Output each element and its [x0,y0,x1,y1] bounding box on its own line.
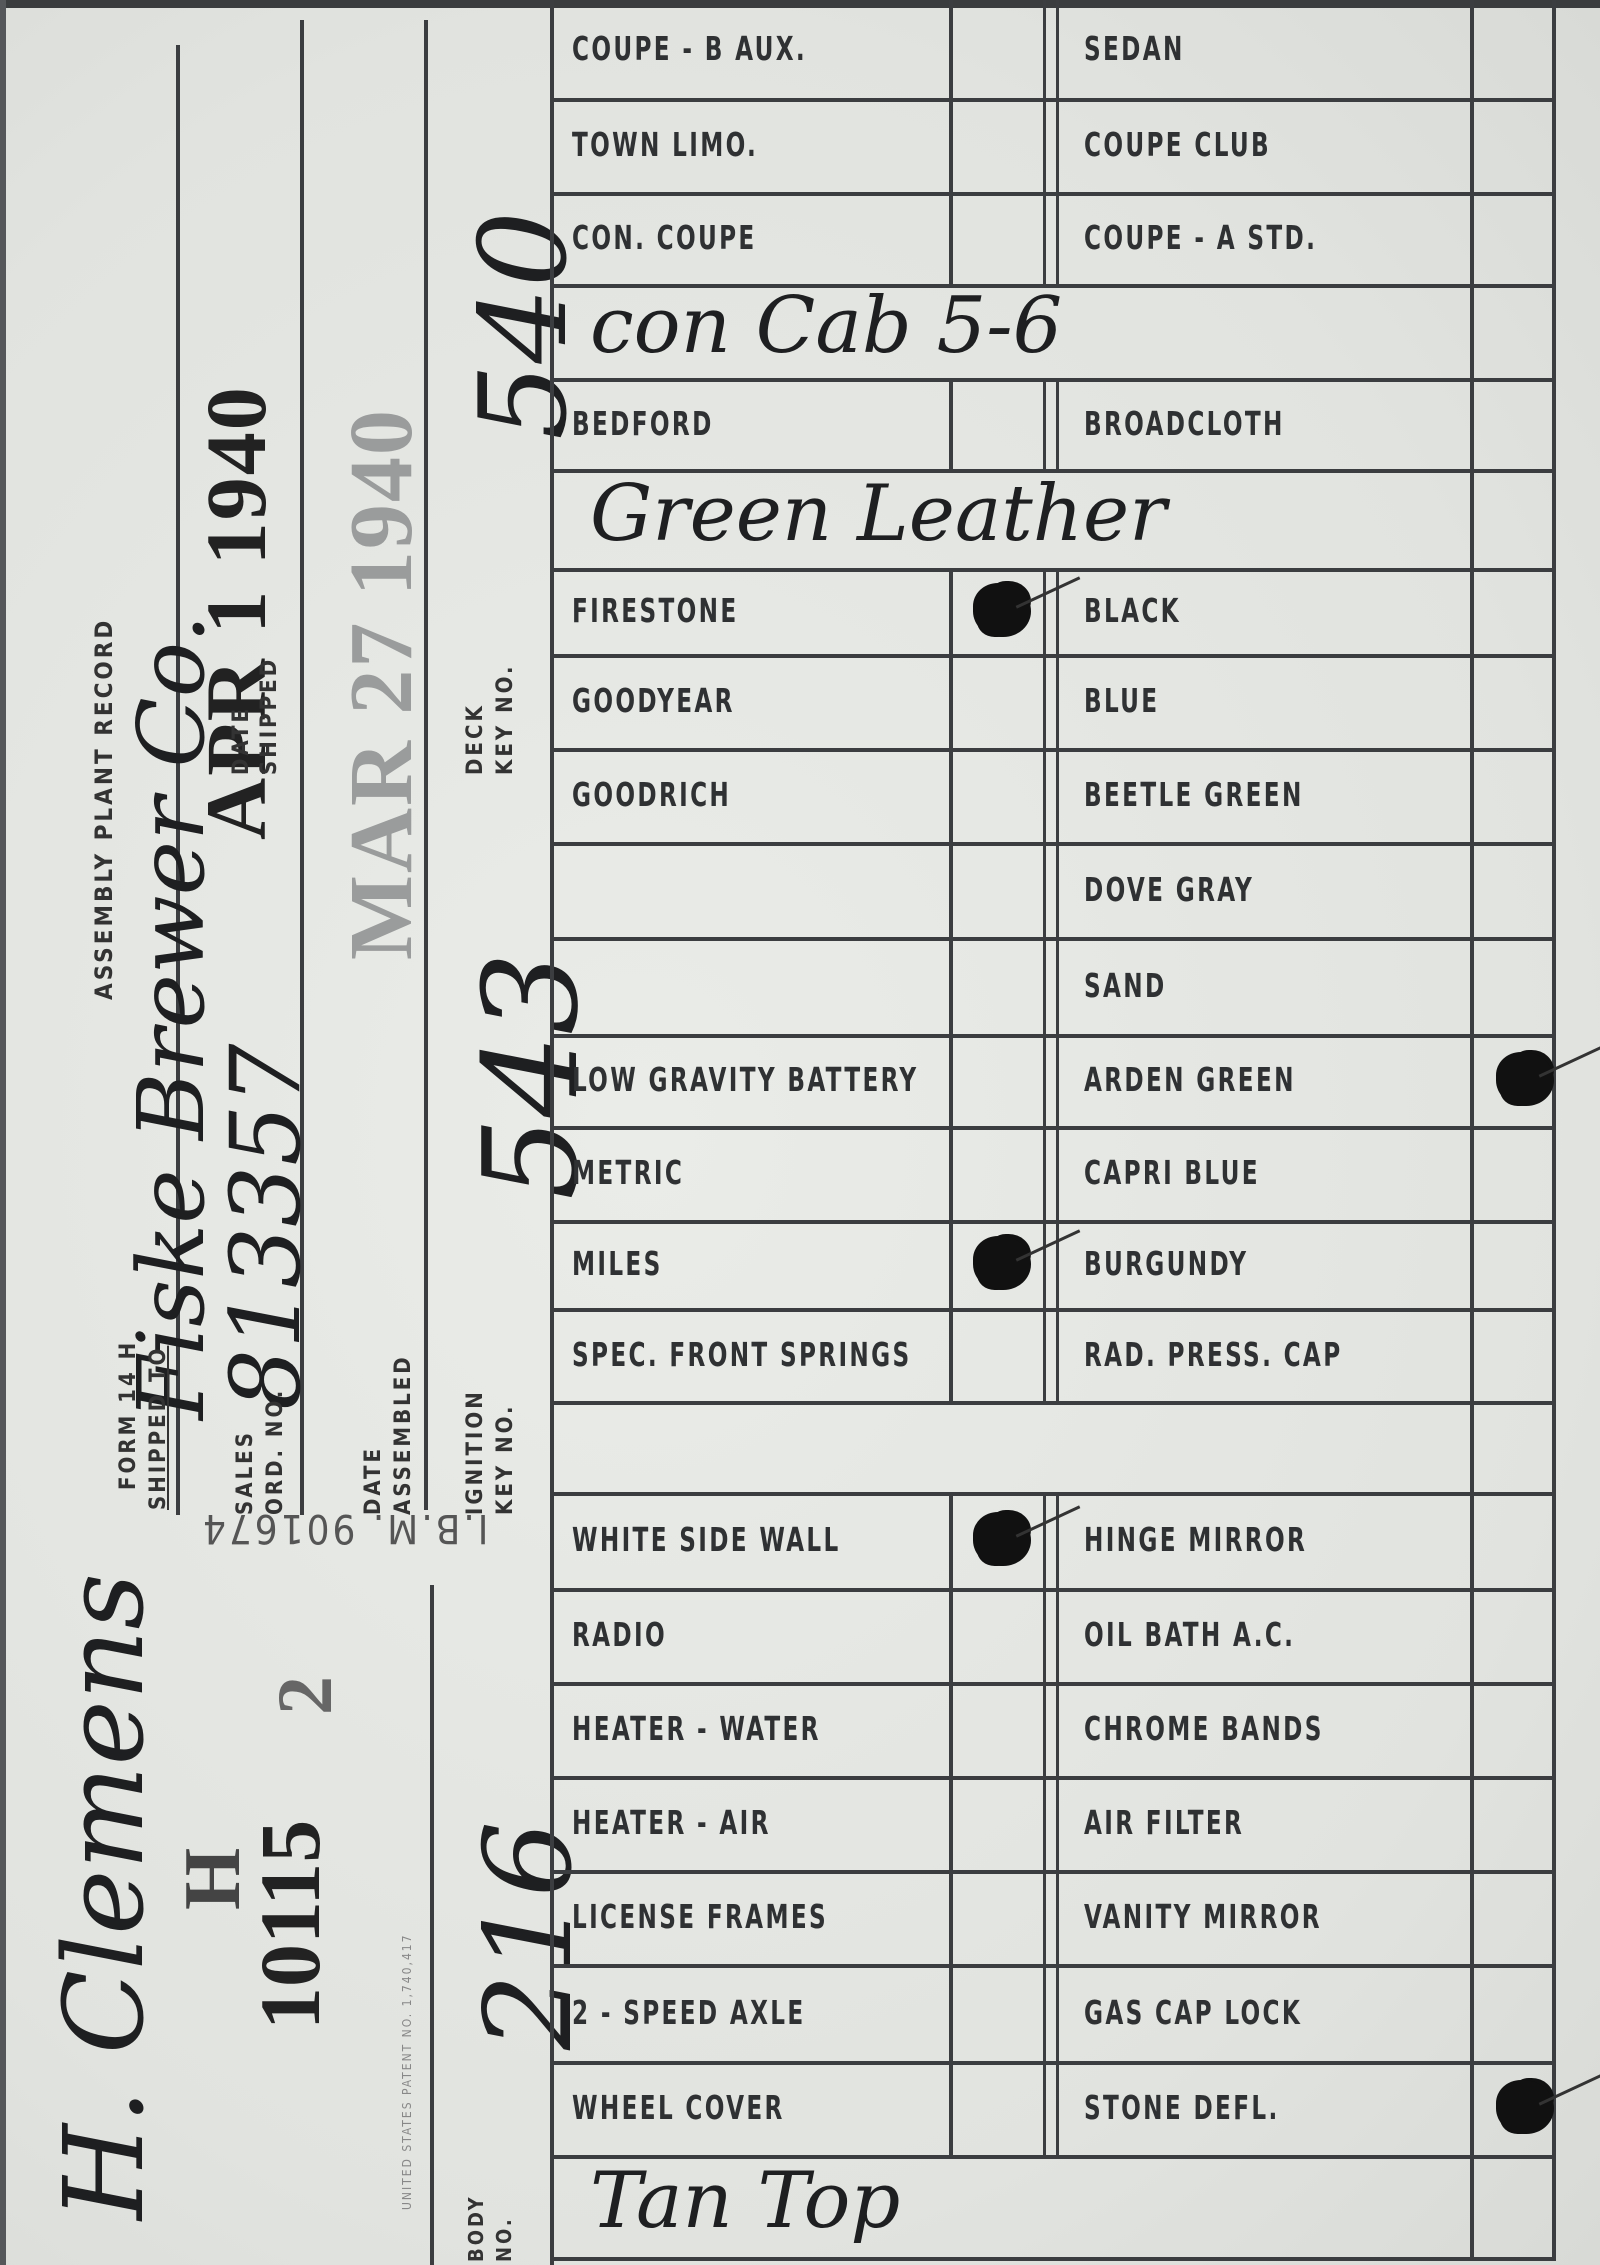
option-label-left: LOW GRAVITY BATTERY [572,1060,919,1099]
column-divider [1043,1492,1046,1588]
option-label-right: ARDEN GREEN [1084,1060,1296,1099]
column-divider [1056,1776,1059,1870]
option-label-left: METRIC [572,1153,684,1192]
assembly-plant-record-card: ASSEMBLY PLANT RECORD Fiske Brewer Co. F… [0,0,1600,2265]
column-divider [949,654,953,748]
deck-key-label-2: KEY NO. [492,663,520,775]
column-divider [1056,748,1059,842]
table-row: FIRESTONEBLACK [550,568,1552,654]
check-mark-blot [1496,2080,1554,2134]
option-label-left: FIRESTONE [572,591,739,630]
option-label-left: LICENSE FRAMES [572,1897,828,1936]
table-row: LICENSE FRAMESVANITY MIRROR [550,1870,1552,1964]
option-label-right: RAD. PRESS. CAP [1084,1335,1343,1374]
table-row: RADIOOIL BATH A.C. [550,1588,1552,1682]
column-divider [949,1588,953,1682]
column-divider [1056,1126,1059,1220]
ignition-key-label-1: IGNITION [462,1389,490,1515]
sales-ord-label-2: ORD. NO. [262,1388,290,1515]
option-label-right: BURGUNDY [1084,1244,1248,1283]
column-divider [949,1776,953,1870]
option-label-left: SPEC. FRONT SPRINGS [572,1335,912,1374]
column-divider [1043,1682,1046,1776]
column-divider [1056,98,1059,192]
column-divider [1056,568,1059,654]
option-label-left: BEDFORD [572,404,714,443]
column-divider [1043,1034,1046,1126]
option-label-right: DOVE GRAY [1084,870,1254,909]
option-label-left: RADIO [572,1615,667,1654]
option-label-left: MILES [572,1244,663,1283]
patent-text: UNITED STATES PATENT NO. 1,740,417 [400,1933,414,2210]
column-divider [1043,568,1046,654]
table-row: MILESBURGUNDY [550,1220,1552,1308]
serial-stamp-suffix: 2 [260,1676,350,1715]
sales-ord-no-value: 813357 [210,1044,322,1410]
column-divider [1056,1034,1059,1126]
column-divider [1043,654,1046,748]
divider [430,1585,434,2265]
column-divider [949,1964,953,2061]
option-label-right: SAND [1084,966,1167,1005]
option-label-left: WHEEL COVER [572,2088,785,2127]
option-label-left: CON. COUPE [572,218,757,257]
option-label-left: TOWN LIMO. [572,125,758,164]
column-divider [1043,378,1046,469]
column-divider [949,1308,953,1401]
column-divider [1043,1776,1046,1870]
column-divider [949,0,953,98]
column-divider [949,1034,953,1126]
column-divider [1043,1588,1046,1682]
column-divider [949,378,953,469]
column-divider [949,568,953,654]
column-divider [1043,1126,1046,1220]
column-divider [949,1870,953,1964]
table-row: Tan Top [550,2155,1552,2257]
column-divider [949,1126,953,1220]
ibm-number: I.B.M. 901674 [200,1505,488,1551]
table-row: COUPE - B AUX.SEDAN [550,0,1552,98]
date-assembled-value: MAR 27 1940 [330,408,433,960]
option-label-left: COUPE - B AUX. [572,29,807,68]
handwritten-entry: Tan Top [590,2146,900,2256]
check-mark-blot [973,1512,1031,1566]
table-row: 2 - SPEED AXLEGAS CAP LOCK [550,1964,1552,2061]
row-divider [550,2257,1556,2261]
column-divider [1056,1870,1059,1964]
option-label-left: GOODYEAR [572,681,735,720]
option-label-left: 2 - SPEED AXLE [572,1993,806,2032]
column-divider [1043,748,1046,842]
table-row: METRICCAPRI BLUE [550,1126,1552,1220]
table-row: LOW GRAVITY BATTERYARDEN GREEN [550,1034,1552,1126]
body-no-label-1: BODY [462,2194,490,2262]
column-divider [1056,378,1059,469]
date-shipped-label-1: DATE [228,706,256,775]
column-divider [1043,1870,1046,1964]
column-divider [1043,1220,1046,1308]
option-label-left: WHITE SIDE WALL [572,1520,841,1559]
shipped-to-label: SHIPPED TO [145,1346,173,1510]
body-no-label-2: NO. [490,2216,518,2262]
column-divider [1043,98,1046,192]
handwritten-entry: con Cab 5-6 [590,271,1062,381]
column-divider [1043,1308,1046,1401]
option-label-left: HEATER - AIR [572,1803,771,1842]
column-divider [949,1220,953,1308]
column-divider [1056,1682,1059,1776]
column-divider [949,748,953,842]
column-divider [1056,1492,1059,1588]
column-divider [1056,1308,1059,1401]
table-row: TOWN LIMO.COUPE CLUB [550,98,1552,192]
option-label-right: BEETLE GREEN [1084,775,1304,814]
column-divider [1056,1220,1059,1308]
form-number: FORM 14 H [115,1340,143,1490]
table-row: HEATER - AIRAIR FILTER [550,1776,1552,1870]
ignition-key-label-2: KEY NO. [492,1403,520,1515]
check-mark-blot [1496,1052,1554,1106]
table-row: BEDFORDBROADCLOTH [550,378,1552,469]
sales-ord-label-1: SALES [232,1430,260,1515]
table-row: SAND [550,937,1552,1034]
signature: H. Clemens [40,1573,168,2220]
option-label-right: COUPE CLUB [1084,125,1271,164]
column-divider [949,1492,953,1588]
option-label-left: HEATER - WATER [572,1709,821,1748]
column-divider [949,98,953,192]
date-shipped-label-2: SHIPPED [256,657,284,775]
table-row: HEATER - WATERCHROME BANDS [550,1682,1552,1776]
option-label-left: GOODRICH [572,775,731,814]
table-row: SPEC. FRONT SPRINGSRAD. PRESS. CAP [550,1308,1552,1401]
option-label-right: CAPRI BLUE [1084,1153,1260,1192]
table-row: GOODRICHBEETLE GREEN [550,748,1552,842]
table-row: GOODYEARBLUE [550,654,1552,748]
option-label-right: OIL BATH A.C. [1084,1615,1295,1654]
option-label-right: STONE DEFL. [1084,2088,1280,2127]
card-left-edge [0,0,6,2265]
check-mark-blot [973,583,1031,637]
option-label-right: AIR FILTER [1084,1803,1244,1842]
option-label-right: COUPE - A STD. [1084,218,1317,257]
handwritten-entry: Green Leather [590,459,1166,569]
option-label-right: GAS CAP LOCK [1084,1993,1302,2032]
column-divider [949,842,953,937]
form-title: ASSEMBLY PLANT RECORD [90,618,118,1000]
check-mark-blot [973,1236,1031,1290]
table-row: WHITE SIDE WALLHINGE MIRROR [550,1492,1552,1588]
column-divider [1056,0,1059,98]
option-label-right: CHROME BANDS [1084,1709,1324,1748]
column-divider [1056,937,1059,1034]
column-divider [1056,842,1059,937]
column-divider [1056,1964,1059,2061]
column-divider [949,937,953,1034]
column-divider [949,1682,953,1776]
column-divider [949,2061,953,2155]
option-label-right: BLACK [1084,591,1181,630]
column-divider [1043,0,1046,98]
option-label-right: HINGE MIRROR [1084,1520,1307,1559]
column-divider [1056,654,1059,748]
option-label-right: BLUE [1084,681,1159,720]
column-divider [1043,937,1046,1034]
column-divider [1043,2061,1046,2155]
table-row: Green Leather [550,469,1552,568]
serial-prefix-letter: H [168,1848,259,1910]
table-row: DOVE GRAY [550,842,1552,937]
date-assembled-label-2: ASSEMBLED [390,1354,418,1515]
deck-key-label-1: DECK [462,703,490,775]
column-divider [1043,1964,1046,2061]
column-divider [1043,842,1046,937]
column-divider [1056,1588,1059,1682]
option-label-right: SEDAN [1084,29,1185,68]
option-label-right: VANITY MIRROR [1084,1897,1322,1936]
table-row: WHEEL COVERSTONE DEFL. [550,2061,1552,2155]
table-row [550,1401,1552,1492]
column-divider [1056,2061,1059,2155]
table-row: con Cab 5-6 [550,284,1552,378]
option-label-right: BROADCLOTH [1084,404,1285,443]
